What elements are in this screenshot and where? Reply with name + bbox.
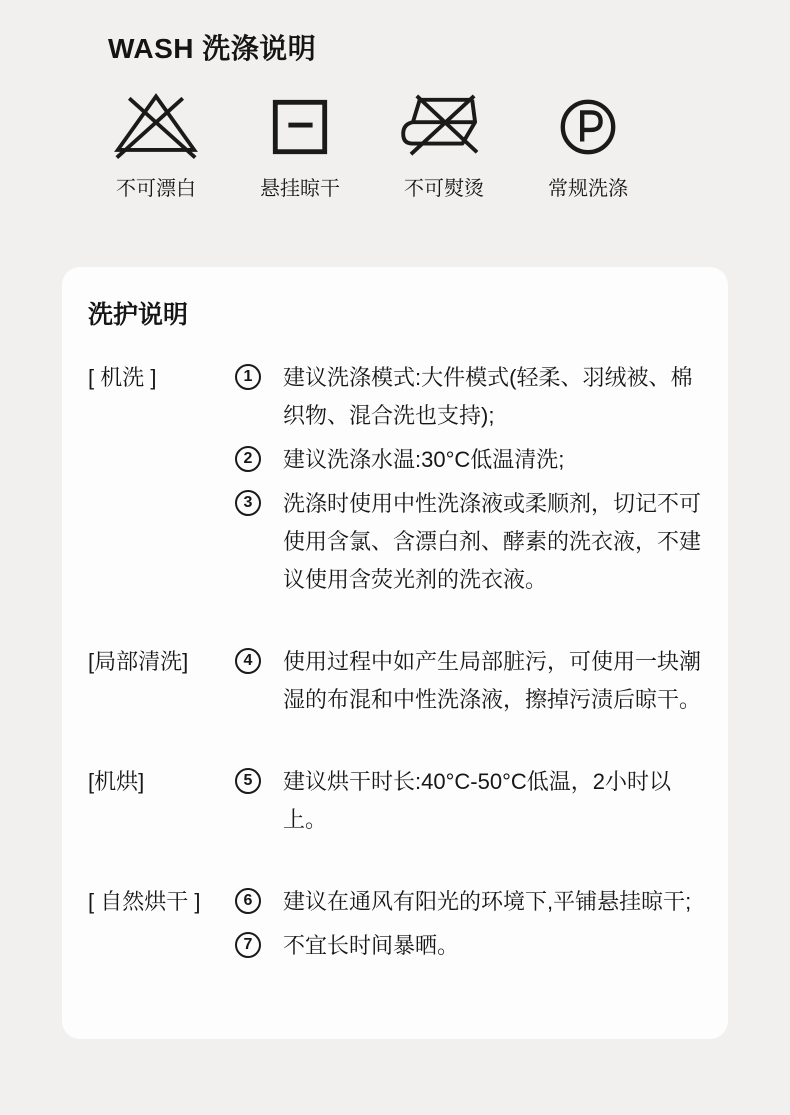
care-section: [ 自然烘干 ] 6 建议在通风有阳光的环境下,平铺悬挂晾干; 7 不宜长时间暴… — [88, 883, 712, 965]
item-text: 建议洗涤水温:30°C低温清洗; — [283, 441, 711, 479]
care-item: 7 不宜长时间暴晒。 — [235, 927, 712, 965]
item-number-badge: 5 — [235, 768, 261, 794]
care-symbol-label: 不可漂白 — [116, 172, 196, 201]
care-symbol-label: 不可熨烫 — [404, 172, 484, 201]
section-items: 6 建议在通风有阳光的环境下,平铺悬挂晾干; 7 不宜长时间暴晒。 — [235, 883, 712, 965]
do-not-iron-icon — [400, 91, 488, 163]
normal-wash-p-icon — [557, 91, 619, 163]
care-item: 2 建议洗涤水温:30°C低温清洗; — [235, 441, 712, 479]
item-number-badge: 1 — [235, 364, 261, 390]
hang-dry-icon — [269, 91, 331, 163]
care-symbol-normal-wash: 常规洗涤 — [544, 91, 632, 201]
section-label: [ 自然烘干 ] — [88, 883, 235, 965]
care-item: 6 建议在通风有阳光的环境下,平铺悬挂晾干; — [235, 883, 712, 921]
care-symbol-do-not-iron: 不可熨烫 — [400, 91, 488, 201]
page-title: WASH 洗涤说明 — [0, 0, 790, 67]
care-item: 5 建议烘干时长:40°C-50°C低温，2小时以上。 — [235, 763, 712, 839]
care-instructions-page: WASH 洗涤说明 不可漂白 悬挂晾干 — [0, 0, 790, 1115]
section-label: [局部清洗] — [88, 643, 235, 719]
care-item: 3 洗涤时使用中性洗涤液或柔顺剂，切记不可使用含氯、含漂白剂、酵素的洗衣液，不建… — [235, 485, 712, 599]
item-number-badge: 6 — [235, 888, 261, 914]
section-items: 1 建议洗涤模式:大件模式(轻柔、羽绒被、棉织物、混合洗也支持); 2 建议洗涤… — [235, 359, 712, 599]
section-items: 4 使用过程中如产生局部脏污，可使用一块潮湿的布混和中性洗涤液，擦掉污渍后晾干。 — [235, 643, 712, 719]
care-section: [局部清洗] 4 使用过程中如产生局部脏污，可使用一块潮湿的布混和中性洗涤液，擦… — [88, 643, 712, 719]
item-text: 建议烘干时长:40°C-50°C低温，2小时以上。 — [283, 763, 711, 839]
care-symbol-do-not-bleach: 不可漂白 — [112, 91, 200, 201]
item-number-badge: 7 — [235, 932, 261, 958]
item-text: 建议洗涤模式:大件模式(轻柔、羽绒被、棉织物、混合洗也支持); — [283, 359, 711, 435]
care-card: 洗护说明 [ 机洗 ] 1 建议洗涤模式:大件模式(轻柔、羽绒被、棉织物、混合洗… — [62, 267, 728, 1039]
care-symbol-hang-dry: 悬挂晾干 — [256, 91, 344, 201]
item-number-badge: 2 — [235, 446, 261, 472]
care-symbol-label: 常规洗涤 — [548, 172, 628, 201]
care-symbol-label: 悬挂晾干 — [260, 172, 340, 201]
section-label: [ 机洗 ] — [88, 359, 235, 599]
do-not-bleach-icon — [113, 91, 199, 163]
care-section: [ 机洗 ] 1 建议洗涤模式:大件模式(轻柔、羽绒被、棉织物、混合洗也支持);… — [88, 359, 712, 599]
item-text: 建议在通风有阳光的环境下,平铺悬挂晾干; — [283, 883, 711, 921]
item-text: 使用过程中如产生局部脏污，可使用一块潮湿的布混和中性洗涤液，擦掉污渍后晾干。 — [283, 643, 711, 719]
item-number-badge: 3 — [235, 490, 261, 516]
item-number-badge: 4 — [235, 648, 261, 674]
section-items: 5 建议烘干时长:40°C-50°C低温，2小时以上。 — [235, 763, 712, 839]
card-heading: 洗护说明 — [88, 295, 712, 331]
section-label: [机烘] — [88, 763, 235, 839]
care-item: 1 建议洗涤模式:大件模式(轻柔、羽绒被、棉织物、混合洗也支持); — [235, 359, 712, 435]
care-item: 4 使用过程中如产生局部脏污，可使用一块潮湿的布混和中性洗涤液，擦掉污渍后晾干。 — [235, 643, 712, 719]
item-text: 不宜长时间暴晒。 — [283, 927, 711, 965]
item-text: 洗涤时使用中性洗涤液或柔顺剂，切记不可使用含氯、含漂白剂、酵素的洗衣液，不建议使… — [283, 485, 711, 599]
care-symbols-row: 不可漂白 悬挂晾干 不可熨烫 — [112, 91, 790, 201]
care-section: [机烘] 5 建议烘干时长:40°C-50°C低温，2小时以上。 — [88, 763, 712, 839]
